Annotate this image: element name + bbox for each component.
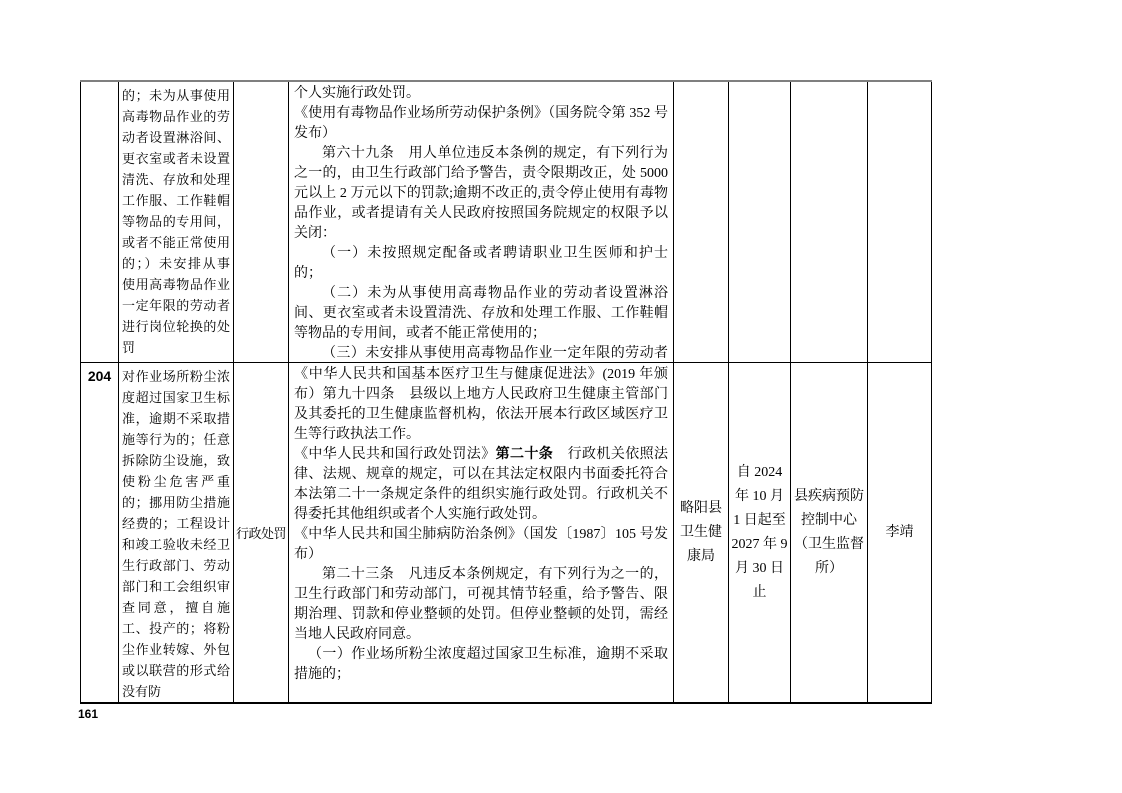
agency-cell [674, 81, 729, 363]
table-row: 的；未为从事使用高毒物品作业的劳动者设置淋浴间、更衣室或者未设置清洗、存放和处理… [81, 81, 932, 363]
row-number-cell: 204 [81, 363, 119, 704]
period-cell [729, 81, 791, 363]
violation-text: 对作业场所粉尘浓度超过国家卫生标准，逾期不采取措施等行为的；任意拆除防尘设施，致… [119, 363, 233, 700]
page-number: 161 [78, 707, 98, 721]
legal-basis-cell: 个人实施行政处罚。《使用有毒物品作业场所劳动保护条例》（国务院令第 352 号发… [289, 81, 674, 363]
delegated-org-cell: 县疾病预防控制中心（卫生监督所） [791, 363, 868, 704]
contact-cell: 李靖 [868, 363, 932, 704]
delegated-org-cell [791, 81, 868, 363]
period-cell: 自 2024 年 10 月 1 日起至 2027 年 9 月 30 日止 [729, 363, 791, 704]
penalty-authority-table: 的；未为从事使用高毒物品作业的劳动者设置淋浴间、更衣室或者未设置清洗、存放和处理… [80, 80, 932, 704]
legal-basis-text: 个人实施行政处罚。《使用有毒物品作业场所劳动保护条例》（国务院令第 352 号发… [289, 82, 673, 362]
penalty-type-cell [234, 81, 289, 363]
legal-basis-text: 《中华人民共和国基本医疗卫生与健康促进法》(2019 年颁布）第九十四条 县级以… [289, 363, 673, 702]
penalty-type-cell: 行政处罚 [234, 363, 289, 704]
violation-cell: 的；未为从事使用高毒物品作业的劳动者设置淋浴间、更衣室或者未设置清洗、存放和处理… [119, 81, 234, 363]
violation-text: 的；未为从事使用高毒物品作业的劳动者设置淋浴间、更衣室或者未设置清洗、存放和处理… [119, 82, 233, 360]
agency-cell: 略阳县卫生健康局 [674, 363, 729, 704]
document-page: 的；未为从事使用高毒物品作业的劳动者设置淋浴间、更衣室或者未设置清洗、存放和处理… [0, 0, 1122, 793]
row-number-cell [81, 81, 119, 363]
contact-cell [868, 81, 932, 363]
table-row: 204 对作业场所粉尘浓度超过国家卫生标准，逾期不采取措施等行为的；任意拆除防尘… [81, 363, 932, 704]
legal-basis-cell: 《中华人民共和国基本医疗卫生与健康促进法》(2019 年颁布）第九十四条 县级以… [289, 363, 674, 704]
violation-cell: 对作业场所粉尘浓度超过国家卫生标准，逾期不采取措施等行为的；任意拆除防尘设施，致… [119, 363, 234, 704]
